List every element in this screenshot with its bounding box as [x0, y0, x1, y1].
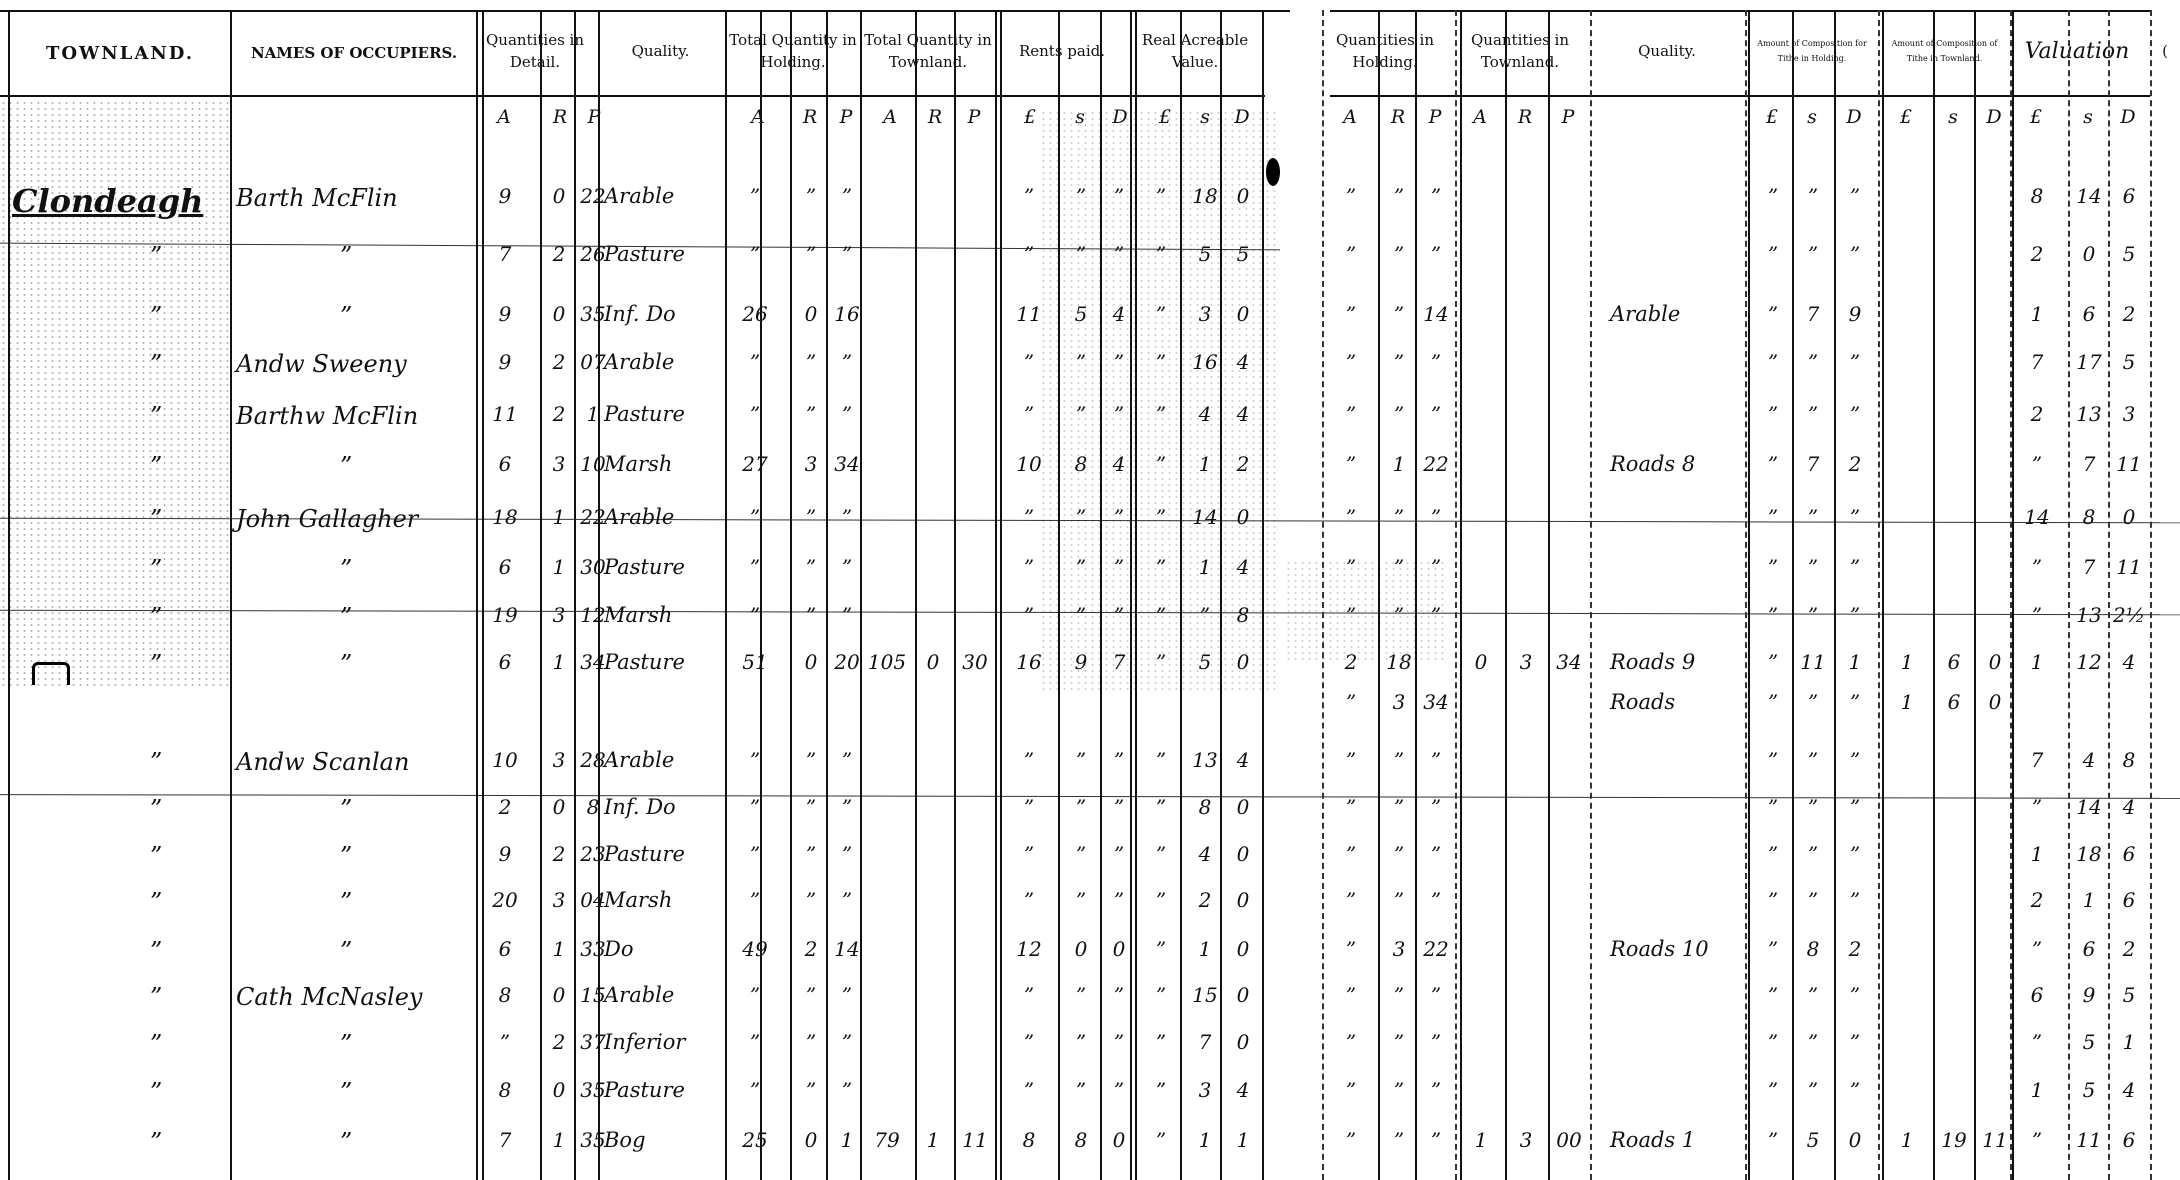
- rent-paid: 8: [1060, 1128, 1102, 1152]
- qty-detail: 33: [572, 937, 614, 961]
- total-holding: ”: [826, 350, 868, 374]
- qty-holding-right: ”: [1330, 603, 1372, 627]
- comp-holding: 2: [1834, 452, 1876, 476]
- qty-holding-right: ”: [1378, 505, 1420, 529]
- total-holding: ”: [826, 1030, 868, 1054]
- qty-holding-right: ”: [1378, 1030, 1420, 1054]
- townland-ditto: ”: [150, 795, 162, 823]
- qty-detail: 07: [572, 350, 614, 374]
- unit-label: R: [1505, 106, 1545, 128]
- valuation: 2: [2108, 937, 2150, 961]
- comp-holding: 0: [1834, 1128, 1876, 1152]
- column-rule: [1748, 10, 1750, 1180]
- occupier-name: Barthw McFlin: [236, 402, 418, 430]
- comp-holding: ”: [1792, 242, 1834, 266]
- qty-holding-right: ”: [1378, 1078, 1420, 1102]
- qty-holding-right: 22: [1415, 937, 1457, 961]
- column-rule: [1505, 10, 1507, 1180]
- valuation: 5: [2108, 983, 2150, 1007]
- valuation: 14: [2068, 795, 2110, 819]
- qty-holding-right: ”: [1378, 795, 1420, 819]
- real-value: ”: [1140, 888, 1182, 912]
- valuation: 7: [2068, 555, 2110, 579]
- comp-holding: ”: [1792, 888, 1834, 912]
- real-value: 8: [1184, 795, 1226, 819]
- rent-paid: 9: [1060, 650, 1102, 674]
- rent-paid: ”: [1008, 1078, 1050, 1102]
- total-holding: 27: [734, 452, 776, 476]
- qty-holding-right: ”: [1415, 402, 1457, 426]
- valuation: 5: [2108, 242, 2150, 266]
- valuation: 5: [2068, 1030, 2110, 1054]
- rent-paid: 10: [1008, 452, 1050, 476]
- rent-paid: ”: [1060, 555, 1102, 579]
- comp-holding: ”: [1752, 983, 1794, 1007]
- qty-detail: 6: [484, 937, 526, 961]
- qty-holding-right: ”: [1415, 983, 1457, 1007]
- valuation: 4: [2108, 1078, 2150, 1102]
- total-holding: ”: [826, 795, 868, 819]
- unit-label: P: [826, 106, 866, 128]
- column-rule: [725, 10, 727, 1180]
- real-value: ”: [1184, 603, 1226, 627]
- real-value: 0: [1222, 983, 1264, 1007]
- comp-holding: ”: [1792, 555, 1834, 579]
- rent-paid: ”: [1098, 603, 1140, 627]
- comp-holding: ”: [1792, 842, 1834, 866]
- real-value: ”: [1140, 603, 1182, 627]
- rent-paid: ”: [1060, 1030, 1102, 1054]
- comp-holding: ”: [1834, 983, 1876, 1007]
- comp-townland: 11: [1974, 1128, 2016, 1152]
- qty-detail: 37: [572, 1030, 614, 1054]
- total-holding: 34: [826, 452, 868, 476]
- qty-holding-right: ”: [1330, 555, 1372, 579]
- header-rents: Rents paid.: [998, 14, 1126, 88]
- real-value: 0: [1222, 184, 1264, 208]
- unit-label: £: [1010, 106, 1050, 128]
- register-page: TOWNLAND. NAMES OF OCCUPIERS. Quantities…: [0, 0, 2180, 1180]
- column-rule: [1000, 10, 1002, 1180]
- ditto-mark: ”: [340, 555, 352, 583]
- qty-holding-right: ”: [1415, 350, 1457, 374]
- comp-holding: ”: [1834, 888, 1876, 912]
- total-holding: ”: [826, 184, 868, 208]
- total-holding: 16: [826, 302, 868, 326]
- header-townland: TOWNLAND.: [10, 18, 230, 88]
- qty-holding-right: ”: [1378, 603, 1420, 627]
- townland-ditto: ”: [150, 842, 162, 870]
- unit-label: D: [1222, 106, 1262, 128]
- occupier-name: John Gallagher: [236, 505, 418, 533]
- real-value: 1: [1184, 1128, 1226, 1152]
- total-holding: ”: [734, 795, 776, 819]
- real-value: 8: [1222, 603, 1264, 627]
- header-qty-holding: Quantities in Holding.: [1325, 14, 1445, 88]
- real-value: ”: [1140, 795, 1182, 819]
- ditto-mark: ”: [340, 302, 352, 330]
- qty-holding-right: ”: [1415, 1128, 1457, 1152]
- valuation: 2: [2108, 302, 2150, 326]
- real-value: 0: [1222, 888, 1264, 912]
- total-holding: ”: [734, 748, 776, 772]
- quality: Pasture: [604, 402, 685, 426]
- townland-ditto: ”: [150, 1030, 162, 1058]
- qty-detail: 28: [572, 748, 614, 772]
- qty-holding-right: ”: [1378, 1128, 1420, 1152]
- valuation: 8: [2108, 748, 2150, 772]
- qty-detail: 22: [572, 505, 614, 529]
- qty-holding-right: ”: [1415, 242, 1457, 266]
- qty-holding-right: ”: [1415, 888, 1457, 912]
- rent-paid: 4: [1098, 302, 1140, 326]
- valuation: 6: [2108, 842, 2150, 866]
- comp-holding: ”: [1752, 452, 1794, 476]
- qty-detail: 10: [484, 748, 526, 772]
- comp-holding: ”: [1752, 555, 1794, 579]
- comp-holding: ”: [1752, 888, 1794, 912]
- comp-holding: ”: [1752, 690, 1794, 714]
- column-rule: [1590, 10, 1592, 1180]
- comp-holding: ”: [1792, 795, 1834, 819]
- ditto-mark: ”: [340, 1030, 352, 1058]
- valuation: 2: [2016, 242, 2058, 266]
- valuation: 18: [2068, 842, 2110, 866]
- unit-label: A: [1460, 106, 1500, 128]
- total-holding: ”: [734, 242, 776, 266]
- comp-townland: 0: [1974, 690, 2016, 714]
- rent-paid: ”: [1008, 888, 1050, 912]
- quality-right: Roads: [1610, 690, 1675, 714]
- total-holding: ”: [734, 1030, 776, 1054]
- qty-detail: 12: [572, 603, 614, 627]
- quality-right: Roads 8: [1610, 452, 1695, 476]
- total-holding: ”: [826, 983, 868, 1007]
- unit-label: A: [484, 106, 524, 128]
- qty-holding-right: ”: [1330, 1078, 1372, 1102]
- valuation: 7: [2016, 350, 2058, 374]
- comp-townland: 0: [1974, 650, 2016, 674]
- total-holding: ”: [734, 402, 776, 426]
- real-value: ”: [1140, 350, 1182, 374]
- real-value: ”: [1140, 983, 1182, 1007]
- total-holding: 20: [826, 650, 868, 674]
- unit-label: £: [1752, 106, 1792, 128]
- comp-holding: 7: [1792, 452, 1834, 476]
- rent-paid: ”: [1098, 888, 1140, 912]
- valuation: 6: [2016, 983, 2058, 1007]
- qty-holding-right: ”: [1330, 690, 1372, 714]
- comp-holding: ”: [1752, 350, 1794, 374]
- qty-detail: 8: [484, 1078, 526, 1102]
- comp-holding: ”: [1834, 603, 1876, 627]
- ditto-mark: ”: [340, 650, 352, 678]
- unit-label: R: [915, 106, 955, 128]
- rent-paid: ”: [1008, 983, 1050, 1007]
- total-townland: 0: [912, 650, 954, 674]
- townland-ditto: ”: [150, 452, 162, 480]
- real-value: ”: [1140, 937, 1182, 961]
- unit-label: s: [1792, 106, 1832, 128]
- column-rule: [1882, 10, 1884, 1180]
- qty-detail: 6: [484, 452, 526, 476]
- unit-label: P: [1415, 106, 1455, 128]
- real-value: 1: [1184, 937, 1226, 961]
- header-occupiers: NAMES OF OCCUPIERS.: [234, 18, 474, 88]
- qty-holding-right: ”: [1330, 983, 1372, 1007]
- rent-paid: ”: [1008, 350, 1050, 374]
- quality: Arable: [604, 350, 674, 374]
- rent-paid: ”: [1060, 184, 1102, 208]
- qty-holding-right: 34: [1415, 690, 1457, 714]
- unit-label: D: [1974, 106, 2014, 128]
- comp-holding: ”: [1752, 302, 1794, 326]
- real-value: ”: [1140, 184, 1182, 208]
- comp-holding: ”: [1752, 1030, 1794, 1054]
- qty-detail: 6: [484, 650, 526, 674]
- column-rule: [995, 10, 997, 1180]
- quality-right: Roads 10: [1610, 937, 1709, 961]
- total-townland: 11: [954, 1128, 996, 1152]
- total-holding: ”: [734, 842, 776, 866]
- comp-holding: ”: [1834, 842, 1876, 866]
- qty-holding-right: ”: [1330, 452, 1372, 476]
- quality: Marsh: [604, 452, 672, 476]
- qty-detail: 23: [572, 842, 614, 866]
- quality: Pasture: [604, 1078, 685, 1102]
- valuation: ”: [2016, 603, 2058, 627]
- rent-paid: ”: [1008, 1030, 1050, 1054]
- valuation: 11: [2068, 1128, 2110, 1152]
- ditto-mark: ”: [340, 842, 352, 870]
- rent-paid: 0: [1098, 1128, 1140, 1152]
- total-holding: 25: [734, 1128, 776, 1152]
- rent-paid: ”: [1060, 242, 1102, 266]
- real-value: 1: [1184, 555, 1226, 579]
- qty-holding-right: ”: [1330, 888, 1372, 912]
- qty-holding-right: ”: [1378, 983, 1420, 1007]
- unit-label: A: [870, 106, 910, 128]
- real-value: 4: [1222, 1078, 1264, 1102]
- qty-holding-right: 22: [1415, 452, 1457, 476]
- rent-paid: ”: [1098, 402, 1140, 426]
- qty-holding-right: ”: [1415, 184, 1457, 208]
- rent-paid: ”: [1008, 242, 1050, 266]
- comp-holding: ”: [1752, 242, 1794, 266]
- comp-holding: ”: [1834, 1030, 1876, 1054]
- comp-holding: ”: [1752, 650, 1794, 674]
- quality: Inf. Do: [604, 302, 676, 326]
- unit-label: A: [1330, 106, 1370, 128]
- townland-ditto: ”: [150, 748, 162, 776]
- qty-detail: ”: [484, 1030, 526, 1054]
- valuation: 7: [2016, 748, 2058, 772]
- valuation: 5: [2068, 1078, 2110, 1102]
- quality: Pasture: [604, 650, 685, 674]
- valuation: 11: [2108, 452, 2150, 476]
- occupier-name: Cath McNasley: [236, 983, 422, 1011]
- unit-label: £: [2016, 106, 2056, 128]
- rent-paid: ”: [1098, 983, 1140, 1007]
- rent-paid: ”: [1060, 748, 1102, 772]
- valuation: ”: [2016, 1128, 2058, 1152]
- valuation: 14: [2016, 505, 2058, 529]
- total-holding: 1: [826, 1128, 868, 1152]
- qty-detail: 10: [572, 452, 614, 476]
- quality: Marsh: [604, 888, 672, 912]
- rent-paid: 11: [1008, 302, 1050, 326]
- qty-holding-right: ”: [1330, 842, 1372, 866]
- qty-holding-right: ”: [1330, 1030, 1372, 1054]
- qty-holding-right: ”: [1330, 402, 1372, 426]
- real-value: 4: [1222, 555, 1264, 579]
- valuation: 1: [2016, 302, 2058, 326]
- unit-label: R: [790, 106, 830, 128]
- rent-paid: ”: [1008, 795, 1050, 819]
- binding-mark: [32, 662, 70, 685]
- qty-holding-right: ”: [1330, 795, 1372, 819]
- comp-holding: ”: [1834, 1078, 1876, 1102]
- qty-holding-right: ”: [1330, 505, 1372, 529]
- comp-holding: ”: [1752, 184, 1794, 208]
- comp-holding: ”: [1752, 1128, 1794, 1152]
- ditto-mark: ”: [340, 888, 352, 916]
- townland-ditto: ”: [150, 350, 162, 378]
- valuation: 1: [2068, 888, 2110, 912]
- total-townland: 79: [866, 1128, 908, 1152]
- quality-right: Roads 9: [1610, 650, 1695, 674]
- qty-holding-right: ”: [1330, 184, 1372, 208]
- valuation: 9: [2068, 983, 2110, 1007]
- comp-holding: ”: [1834, 690, 1876, 714]
- comp-holding: ”: [1834, 402, 1876, 426]
- valuation: 0: [2108, 505, 2150, 529]
- qty-detail: 9: [484, 302, 526, 326]
- townland-name: Clondeagh: [12, 182, 203, 220]
- qty-holding-right: ”: [1330, 242, 1372, 266]
- qty-holding-right: ”: [1378, 748, 1420, 772]
- qty-holding-right: ”: [1330, 748, 1372, 772]
- valuation: 6: [2068, 937, 2110, 961]
- townland-ditto: ”: [150, 402, 162, 430]
- unit-label: P: [574, 106, 614, 128]
- quality: Pasture: [604, 242, 685, 266]
- rent-paid: ”: [1060, 1078, 1102, 1102]
- rent-paid: ”: [1098, 505, 1140, 529]
- comp-holding: 5: [1792, 1128, 1834, 1152]
- total-holding: ”: [826, 402, 868, 426]
- header-total-holding: Total Quantity in Holding.: [728, 14, 858, 88]
- total-holding: ”: [734, 555, 776, 579]
- valuation: 13: [2068, 603, 2110, 627]
- ditto-mark: ”: [340, 937, 352, 965]
- ditto-mark: ”: [340, 452, 352, 480]
- real-value: 16: [1184, 350, 1226, 374]
- valuation: ”: [2016, 795, 2058, 819]
- rule-top: [1330, 10, 2150, 12]
- qty-detail: 18: [484, 505, 526, 529]
- comp-townland: 1: [1886, 690, 1928, 714]
- qty-detail: 20: [484, 888, 526, 912]
- total-holding: ”: [826, 603, 868, 627]
- qty-holding-right: 1: [1378, 452, 1420, 476]
- valuation: 3: [2108, 402, 2150, 426]
- rent-paid: ”: [1060, 603, 1102, 627]
- townland-ditto: ”: [150, 505, 162, 533]
- column-rule: [1974, 10, 1976, 1180]
- comp-holding: ”: [1792, 1078, 1834, 1102]
- real-value: 4: [1222, 402, 1264, 426]
- column-rule: [8, 10, 10, 1180]
- total-holding: ”: [826, 242, 868, 266]
- total-holding: ”: [826, 1078, 868, 1102]
- real-value: 0: [1222, 505, 1264, 529]
- qty-townland-right: 0: [1460, 650, 1502, 674]
- qty-detail: 8: [484, 983, 526, 1007]
- qty-holding-right: ”: [1378, 842, 1420, 866]
- column-rule: [1548, 10, 1550, 1180]
- valuation: 1: [2016, 842, 2058, 866]
- total-townland: 30: [954, 650, 996, 674]
- comp-holding: ”: [1834, 555, 1876, 579]
- quality: Pasture: [604, 842, 685, 866]
- column-rule: [1933, 10, 1935, 1180]
- ditto-mark: ”: [340, 242, 352, 270]
- unit-label: D: [2108, 106, 2148, 128]
- rent-paid: ”: [1008, 555, 1050, 579]
- rent-paid: ”: [1098, 1078, 1140, 1102]
- real-value: ”: [1140, 748, 1182, 772]
- unit-label: P: [1548, 106, 1588, 128]
- qty-holding-right: ”: [1378, 242, 1420, 266]
- qty-detail: 7: [484, 242, 526, 266]
- comp-holding: 1: [1834, 650, 1876, 674]
- comp-townland: 19: [1933, 1128, 1975, 1152]
- comp-townland: 6: [1933, 690, 1975, 714]
- qty-holding-right: ”: [1330, 350, 1372, 374]
- real-value: 1: [1222, 1128, 1264, 1152]
- rent-paid: 0: [1060, 937, 1102, 961]
- rent-paid: ”: [1060, 402, 1102, 426]
- comp-holding: 8: [1792, 937, 1834, 961]
- rent-paid: 8: [1060, 452, 1102, 476]
- rent-paid: ”: [1098, 1030, 1140, 1054]
- comp-holding: ”: [1792, 184, 1834, 208]
- real-value: ”: [1140, 242, 1182, 266]
- column-rule: [1745, 10, 1747, 1180]
- ditto-mark: ”: [340, 795, 352, 823]
- qty-holding-right: ”: [1330, 302, 1372, 326]
- occupier-name: Andw Sweeny: [236, 350, 407, 378]
- total-holding: ”: [734, 350, 776, 374]
- real-value: ”: [1140, 650, 1182, 674]
- real-value: ”: [1140, 505, 1182, 529]
- real-value: ”: [1140, 1030, 1182, 1054]
- valuation: 4: [2068, 748, 2110, 772]
- qty-holding-right: ”: [1378, 888, 1420, 912]
- qty-detail: 34: [572, 650, 614, 674]
- header-comp-townland: Amount of Composition of Tithe in Townla…: [1882, 14, 2007, 88]
- rule-header: [0, 95, 1265, 97]
- real-value: ”: [1140, 1128, 1182, 1152]
- rule-top: [0, 10, 1290, 12]
- rent-paid: 16: [1008, 650, 1050, 674]
- qty-detail: 2: [484, 795, 526, 819]
- rent-paid: ”: [1060, 350, 1102, 374]
- qty-holding-right: ”: [1415, 603, 1457, 627]
- valuation: ”: [2016, 937, 2058, 961]
- total-holding: 51: [734, 650, 776, 674]
